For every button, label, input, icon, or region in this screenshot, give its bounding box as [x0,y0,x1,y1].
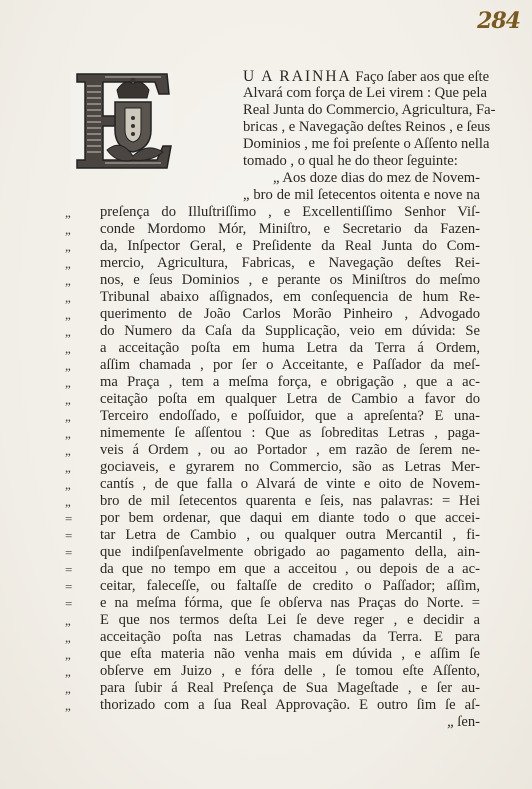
line-quote-marker: „ [65,238,97,255]
text-line: =por bem ordenar, que daqui em diante to… [65,510,480,527]
text-line: „veis á Ordem , ou ao Portador , em razã… [65,442,480,459]
text-line: „obſerve em Juizo , e fóra delle , ſe to… [65,663,480,680]
line-quote-marker: = [65,561,97,578]
line-quote-marker: „ [65,204,97,221]
line-text: preſença do Illuſtriſſimo , e Excellenti… [100,204,480,221]
line-text: que eſta materia não venha mais em dúvid… [100,646,480,663]
line-quote-marker: = [65,527,97,544]
line-quote-marker: „ [65,629,97,646]
line-text: acceitação poſta nas Letras chamadas da … [100,629,480,646]
text-line: =da que no tempo em que a acceitou , ou … [65,561,480,578]
text-line: =ceitar, faleceſſe, ou faltaſſe de credi… [65,578,480,595]
line-quote-marker: „ [65,289,97,306]
line-quote-marker: = [65,544,97,561]
line-text: por bem ordenar, que daqui em diante tod… [100,510,480,527]
line-text: querimento de João Carlos Morão Pinheiro… [100,306,480,323]
catchword: „ ſen- [100,714,480,731]
line-text: nos, e ſeus Dominios , e perante os Mini… [100,272,480,289]
line-text: tar Letra de Cambio , ou qualquer outra … [100,527,480,544]
line-text: para ſubir á Real Preſença de Sua Mageſt… [100,680,480,697]
opening-rest: Faço ſaber aos que eſte [352,69,489,85]
line-text: ceitar, faleceſſe, ou faltaſſe de credit… [100,578,480,595]
line-text: veis á Ordem , ou ao Portador , em razão… [100,442,480,459]
line-text: gociaveis, e gyrarem no Commercio, são a… [100,459,480,476]
line-text: obſerve em Juizo , e fóra delle , ſe tom… [100,663,480,680]
line-quote-marker: „ [65,408,97,425]
opening-caps: U A RAINHA [243,68,352,85]
line-quote-marker: „ [65,255,97,272]
text-line: „do Numero da Caſa da Supplicação, veio … [65,323,480,340]
text-line: „nos, e ſeus Dominios , e perante os Min… [65,272,480,289]
line-quote-marker: „ [65,680,97,697]
line-text: conde Mordomo Mór, Miniſtro, e Secretari… [100,221,480,238]
line-text: Terceiro endoſſado, e poſſuidor, que a a… [100,408,480,425]
document-page: 284 U A RAINHA Faço ſaber aos que eſte [0,0,532,789]
text-line: =e na meſma fórma, que ſe obſerva nas Pr… [65,595,480,612]
text-line: U A RAINHA Faço ſaber aos que eſte [65,68,480,85]
text-line: „a acceitação poſta em huma Letra da Ter… [65,340,480,357]
line-text: ma Praça , tem a meſma força, e obrigaçã… [100,374,480,391]
text-line: Real Junta do Commercio, Agricultura, Fa… [65,102,480,119]
line-text: tomado , o qual he do theor ſeguinte: [243,153,480,170]
text-line: „nimemente ſe aſſentou : Que as ſobredit… [65,425,480,442]
line-text: Real Junta do Commercio, Agricultura, Fa… [243,102,480,119]
line-text: Alvará com força de Lei virem : Que pela [243,85,480,102]
text-line: Alvará com força de Lei virem : Que pela [65,85,480,102]
line-quote-marker: „ [65,323,97,340]
line-text: bro de mil ſetecentos quarenta e ſeis, n… [100,493,480,510]
text-line: bricas , e Navegação deſtes Reinos , e ſ… [65,119,480,136]
text-line: =tar Letra de Cambio , ou qualquer outra… [65,527,480,544]
text-line: „gociaveis, e gyrarem no Commercio, são … [65,459,480,476]
line-text: Tribunal abaixo aſſignados, em conſequen… [100,289,480,306]
line-quote-marker: „ [65,306,97,323]
line-quote-marker: „ [65,663,97,680]
text-line: „E que nos termos deſta Lei ſe deve rege… [65,612,480,629]
line-text: „ bro de mil ſetecentos oitenta e nove n… [243,187,480,204]
line-quote-marker: „ [65,612,97,629]
line-quote-marker: „ [65,425,97,442]
catchword-line: „ ſen- [65,714,480,731]
line-text: cantís , de que falla o Alvará de vinte … [100,476,480,493]
line-quote-marker: „ [65,697,97,714]
line-text: mercio, Agricultura, Fabricas, e Navegaç… [100,255,480,272]
text-line: =que indiſpenſavelmente obrigado ao paga… [65,544,480,561]
text-line: „ceitação poſta em qualquer Letra de Cam… [65,391,480,408]
text-line: „que eſta materia não venha mais em dúvi… [65,646,480,663]
text-line: „cantís , de que falla o Alvará de vinte… [65,476,480,493]
line-quote-marker: = [65,595,97,612]
line-text: que indiſpenſavelmente obrigado ao pagam… [100,544,480,561]
text-line: „mercio, Agricultura, Fabricas, e Navega… [65,255,480,272]
text-line: „ma Praça , tem a meſma força, e obrigaç… [65,374,480,391]
line-text: „ Aos doze dias do mez de Novem- [273,170,480,187]
line-text: da que no tempo em que a acceitou , ou d… [100,561,480,578]
line-text: Dominios , me foi preſente o Aſſento nel… [243,136,480,153]
line-quote-marker: „ [65,493,97,510]
line-text: thorizado com a ſua Real Approvação. E o… [100,697,480,714]
line-text: ceitação poſta em qualquer Letra de Camb… [100,391,480,408]
text-line: „thorizado com a ſua Real Approvação. E … [65,697,480,714]
line-text: da, Inſpector Geral, e Preſidente da Rea… [100,238,480,255]
line-quote-marker: „ [65,476,97,493]
page-number: 284 [477,8,520,34]
line-quote-marker: = [65,510,97,527]
line-quote-marker: „ [65,272,97,289]
text-line: „aſſim chamada , por ſer o Acceitante, e… [65,357,480,374]
text-line: „para ſubir á Real Preſença de Sua Mageſ… [65,680,480,697]
decree-body-text: U A RAINHA Faço ſaber aos que eſte Alvar… [65,68,480,731]
line-text: aſſim chamada , por ſer o Acceitante, e … [100,357,480,374]
text-line: „acceitação poſta nas Letras chamadas da… [65,629,480,646]
line-text: nimemente ſe aſſentou : Que as ſobredita… [100,425,480,442]
line-quote-marker: „ [65,357,97,374]
text-line: „ Aos doze dias do mez de Novem- [65,170,480,187]
line-quote-marker: „ [65,221,97,238]
text-line: „querimento de João Carlos Morão Pinheir… [65,306,480,323]
line-quote-marker: „ [65,646,97,663]
line-text: bricas , e Navegação deſtes Reinos , e ſ… [243,119,480,136]
line-quote-marker: = [65,578,97,595]
text-line: „conde Mordomo Mór, Miniſtro, e Secretar… [65,221,480,238]
text-line: „da, Inſpector Geral, e Preſidente da Re… [65,238,480,255]
text-line: tomado , o qual he do theor ſeguinte: [65,153,480,170]
line-text: E que nos termos deſta Lei ſe deve reger… [100,612,480,629]
line-text: e na meſma fórma, que ſe obſerva nas Pra… [100,595,480,612]
text-line: „preſença do Illuſtriſſimo , e Excellent… [65,204,480,221]
line-quote-marker: „ [65,374,97,391]
text-line: „ bro de mil ſetecentos oitenta e nove n… [65,187,480,204]
line-text: do Numero da Caſa da Supplicação, veio e… [100,323,480,340]
line-quote-marker: „ [65,442,97,459]
text-line: „Terceiro endoſſado, e poſſuidor, que a … [65,408,480,425]
line-text: a acceitação poſta em huma Letra da Terr… [100,340,480,357]
text-line: „bro de mil ſetecentos quarenta e ſeis, … [65,493,480,510]
text-line: „Tribunal abaixo aſſignados, em conſeque… [65,289,480,306]
line-quote-marker: „ [65,459,97,476]
text-line: Dominios , me foi preſente o Aſſento nel… [65,136,480,153]
line-quote-marker: „ [65,391,97,408]
line-quote-marker: „ [65,340,97,357]
